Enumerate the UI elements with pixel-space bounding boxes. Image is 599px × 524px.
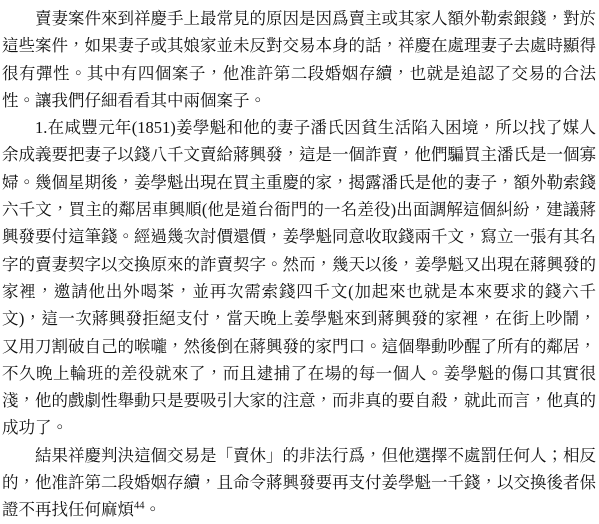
paragraph-case-one: 1.在咸豐元年(1851)姜學魁和他的妻子潘氏因貧生活陷入困境，所以找了媒人余成… [2,114,596,442]
paragraph-intro-text: 賣妻案件來到祥慶手上最常見的原因是因爲賣主或其家人額外勒索銀錢，對於這些案件，如… [2,9,596,110]
footnote-marker: 44 [134,501,145,512]
paragraph-verdict: 結果祥慶判決這個交易是「賣休」的非法行爲，但他選擇不處罰任何人；相反的，他准許第… [2,442,596,524]
paragraph-case-one-text: 1.在咸豐元年(1851)姜學魁和他的妻子潘氏因貧生活陷入困境，所以找了媒人余成… [2,118,596,437]
paragraph-intro: 賣妻案件來到祥慶手上最常見的原因是因爲賣主或其家人額外勒索銀錢，對於這些案件，如… [2,5,596,114]
document-page: 賣妻案件來到祥慶手上最常見的原因是因爲賣主或其家人額外勒索銀錢，對於這些案件，如… [0,0,599,524]
paragraph-verdict-closing: 。 [145,500,162,519]
paragraph-verdict-text: 結果祥慶判決這個交易是「賣休」的非法行爲，但他選擇不處罰任何人；相反的，他准許第… [2,446,596,520]
